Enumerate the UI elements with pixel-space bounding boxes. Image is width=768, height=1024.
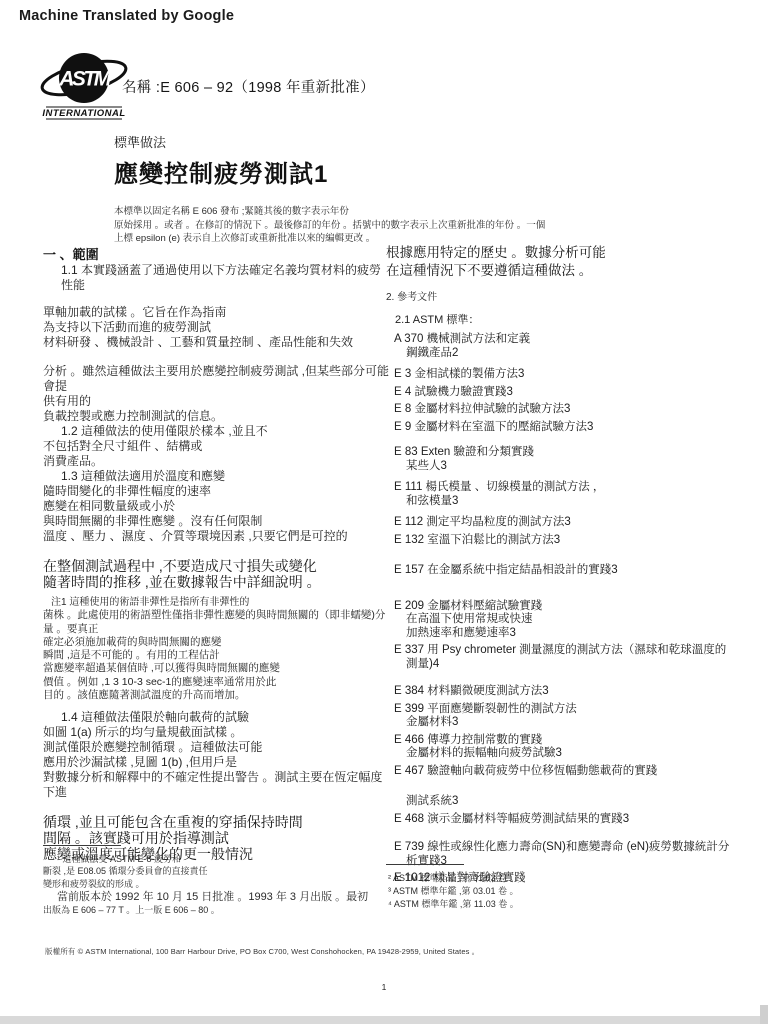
reference-item: E 337 用 Psy chrometer 測量濕度的測試方法（濕球和乾球溫度的… [386,644,738,671]
paragraph-line: 不包括對全尺寸組件 、結構或 [43,439,393,454]
footnote-line: ¹ 這種做法受 ASTM E-8 疲勞和 [43,853,378,865]
reference-item: E 132 室溫下泊鬆比的測試方法3 [386,534,738,548]
reference-item: E 399 平面應變斷裂韌性的測試方法 金屬材料3 [386,703,738,730]
paragraph-line-emphasis: 根據應用特定的歷史 。數據分析可能 [386,244,738,262]
spacer [43,293,393,305]
standard-kind-label: 標準做法 [114,132,674,151]
paragraph-line: 材料研發 、機械設計 、工藝和質量控制 、產品性能和失效 [43,335,393,350]
spacer [386,675,738,685]
reference-line: E 384 材料顯微硬度測試方法3 [394,685,738,699]
reference-line: E 9 金屬材料在室溫下的壓縮試驗方法3 [394,421,738,435]
reference-line: 某些人3 [394,460,738,474]
paragraph-line: 1.1 本實踐涵蓋了通過使用以下方法確定名義均質材料的疲勞性能 [43,263,393,293]
reference-line: E 157 在金屬系統中指定結晶相設計的實踐3 [394,564,738,578]
reference-line: 加熱速率和應變速率3 [394,627,738,641]
reference-line: 在高溫下使用常規或快速 [394,613,738,627]
reference-line: 金屬材料的振幅軸向疲勞試驗3 [394,747,738,761]
spacer [386,280,738,288]
intro-line: 原始採用 。或者 。在修訂的情況下 。最後修訂的年份 。括號中的數字表示上次重新… [114,219,674,233]
paragraph-line-emphasis: 在整個測試過程中 ,不要造成尺寸損失或變化 [43,558,393,574]
note-line: 目的 。該值應隨著測試溫度的升高而增加。 [43,689,393,702]
reference-line: E 4 試驗機力驗證實踐3 [394,386,738,400]
paragraph-line: 供有用的 [43,394,393,409]
paragraph-line: 1.4 這種做法僅限於軸向載荷的試驗 [43,710,393,725]
logo-acronym: ASTM [58,68,112,91]
reference-line: 測量)4 [394,658,738,672]
note-line: 價值 。例如 ,1 3 10-3 sec-1的應變速率通常用於此 [43,676,393,689]
spacer [43,544,393,558]
paragraph-line-emphasis: 隨著時間的推移 ,並在數據報告中詳細說明 。 [43,574,393,590]
footnote-line: 變形和疲勞裂紋的形成 。 [43,878,378,890]
footnote-line: ⁴ ASTM 標準年鑑 ,第 11.03 卷 。 [386,898,721,911]
reference-line: E 467 驗證軸向載荷疲勞中位移恆幅動態載荷的實踐 [394,765,738,779]
reference-line: E 209 金屬材料壓縮試驗實踐 [394,600,738,614]
spacer [386,551,738,564]
reference-item: E 157 在金屬系統中指定結晶相設計的實踐3 [386,564,738,578]
reference-item: E 467 驗證軸向載荷疲勞中位移恆幅動態載荷的實踐 [386,765,738,779]
right-column-references-section: 根據應用特定的歷史 。數據分析可能 在這種情況下不要遵循這種做法 。 2. 參考… [386,244,738,890]
reference-line: E 399 平面應變斷裂韌性的測試方法 [394,703,738,717]
reference-line: E 8 金屬材料拉伸試驗的試驗方法3 [394,403,738,417]
reference-line: E 468 演示金屬材料等幅疲勞測試結果的實踐3 [394,813,738,827]
reference-line: E 739 線性或線性化應力壽命(SN)和應變壽命 (eN)疲勞數據統計分 [394,841,738,855]
paragraph-line: 負載控製或應力控制測試的信息。 [43,409,393,424]
reference-line: 金屬材料3 [394,716,738,730]
section-heading-scope: 一 、範圍 [43,246,393,263]
section-heading-references: 2. 參考文件 [386,288,738,303]
intro-line: 本標準以固定名稱 E 606 發布 ;緊隨其後的數字表示年份 [114,205,674,219]
paragraph-line: 應用於沙漏試樣 ,見圖 1(b) ,但用戶是 [43,755,393,770]
copyright-line: 版權所有 © ASTM International, 100 Barr Harb… [45,946,479,957]
page-right-edge [760,1005,768,1024]
paragraph-line: 如圖 1(a) 所示的均勻量規截面試樣 。 [43,725,393,740]
title-block: 標準做法 應變控制疲勞測試1 本標準以固定名稱 E 606 發布 ;緊隨其後的數… [114,132,674,246]
reference-item: A 370 機械測試方法和定義 鋼鐵產品2 [386,333,738,360]
astm-logo: ASTM INTERNATIONAL [38,50,130,125]
astm-standards-subheading: 2.1 ASTM 標準： [386,311,738,327]
paragraph-line: 測試僅限於應變控制循環 。這種做法可能 [43,740,393,755]
left-column-scope-section: 一 、範圍 1.1 本實踐涵蓋了通過使用以下方法確定名義均質材料的疲勞性能 單軸… [43,246,393,862]
footnote-line: 出版為 E 606 – 77 T 。上一版 E 606 – 80 。 [43,904,378,916]
spacer [386,438,738,446]
note-line: 瞬間 ,這是不可能的 。有用的工程估計 [43,649,393,662]
reference-item: E 3 金相試樣的製備方法3 [386,368,738,382]
standard-intro-note: 本標準以固定名稱 E 606 發布 ;緊隨其後的數字表示年份 原始採用 。或者 … [114,205,674,246]
spacer [386,582,738,600]
paragraph-line: 消費產品。 [43,454,393,469]
reference-item: 測試系統3 [386,795,738,809]
document-page: Machine Translated by Google ASTM INTERN… [0,0,768,1024]
reference-item: E 4 試驗機力驗證實踐3 [386,386,738,400]
paragraph-line: 對數據分析和解釋中的不確定性提出警告 。測試主要在恆定幅度下進 [43,770,393,800]
spacer [43,800,393,814]
reference-item: E 466 傳導力控制常數的實踐 金屬材料的振幅軸向疲勞試驗3 [386,734,738,761]
footnote-separator [43,845,121,846]
reference-line: E 111 楊氏模量 、切線模量的測試方法 ， [394,481,738,495]
reference-item: E 8 金屬材料拉伸試驗的試驗方法3 [386,403,738,417]
paragraph-line: 應變在相同數量級或小於 [43,499,393,514]
reference-line: A 370 機械測試方法和定義 [394,333,738,347]
reference-item: E 9 金屬材料在室溫下的壓縮試驗方法3 [386,421,738,435]
footnote-line: ² ASTM 標準年鑑 ,第 01.03 卷 。 [386,872,721,885]
standard-designation: 名稱 :E 606 – 92（1998 年重新批准） [122,76,375,97]
reference-item: E 112 測定平均晶粒度的測試方法3 [386,516,738,530]
astm-logo-graphic: ASTM INTERNATIONAL [38,50,130,120]
paragraph-line: 溫度 、壓力 、濕度 、介質等環境因素 ,只要它們是可控的 [43,529,393,544]
footnote-separator [386,864,464,865]
reference-line: E 337 用 Psy chrometer 測量濕度的測試方法（濕球和乾球溫度的 [394,644,738,658]
paragraph-line: 與時間無關的非彈性應變 。沒有任何限制 [43,514,393,529]
reference-line: E 132 室溫下泊鬆比的測試方法3 [394,534,738,548]
spacer [386,782,738,795]
paragraph-line: 單軸加載的試樣 。它旨在作為指南 [43,305,393,320]
reference-item: E 384 材料顯微硬度測試方法3 [386,685,738,699]
logo-subtitle: INTERNATIONAL [42,108,125,119]
reference-item: E 209 金屬材料壓縮試驗實踐 在高溫下使用常規或快速 加熱速率和應變速率3 [386,600,738,641]
paragraph-line-emphasis: 間隔 。該實踐可用於指導測試 [43,830,393,846]
reference-line: 測試系統3 [394,795,738,809]
paragraph-line-emphasis: 在這種情況下不要遵循這種做法 。 [386,262,738,280]
footnote-line: ³ ASTM 標準年鑑 ,第 03.01 卷 。 [386,885,721,898]
note-line: 當應變率超過某個值時 ,可以獲得與時間無關的應變 [43,662,393,675]
page-bottom-edge [0,1016,768,1024]
footnote-line: 斷裂 ,是 E08.05 循環分委員會的直接責任 [43,865,378,877]
reference-line: E 112 測定平均晶粒度的測試方法3 [394,516,738,530]
reference-item: E 111 楊氏模量 、切線模量的測試方法 ， 和弦模量3 [386,481,738,508]
paragraph-line: 為支持以下活動而進的疲勞測試 [43,320,393,335]
spacer [386,830,738,841]
spacer [43,350,393,364]
left-footnote-block: ¹ 這種做法受 ASTM E-8 疲勞和 斷裂 ,是 E08.05 循環分委員會… [43,845,378,917]
reference-item: E 83 Exten 驗證和分類實踐 某些人3 [386,446,738,473]
reference-line: E 466 傳導力控制常數的實踐 [394,734,738,748]
note-line: 菌株 。此處使用的術語塑性僅指非彈性應變的與時間無關的（即非蠕變)分 [43,609,393,622]
page-number: 1 [0,982,768,992]
note-line: 注1 這種使用的術語非彈性是指所有非彈性的 [43,596,393,609]
paragraph-line: 1.2 這種做法的使用僅限於樣本 ,並且不 [43,424,393,439]
spacer [386,303,738,311]
reference-line: 鋼鐵產品2 [394,347,738,361]
paragraph-line: 1.3 這種做法適用於溫度和應變 [43,469,393,484]
reference-line: 和弦模量3 [394,495,738,509]
right-footnote-block: ² ASTM 標準年鑑 ,第 01.03 卷 。 ³ ASTM 標準年鑑 ,第 … [386,864,721,912]
note-line: 確定必須施加載荷的與時間無關的應變 [43,636,393,649]
footnote-line: 當前版本於 1992 年 10 月 15 日批准 。1993 年 3 月出版 。… [43,890,378,904]
machine-translated-banner: Machine Translated by Google [19,8,234,24]
page-title: 應變控制疲勞測試1 [114,154,674,189]
reference-line: E 3 金相試樣的製備方法3 [394,368,738,382]
reference-line: E 83 Exten 驗證和分類實踐 [394,446,738,460]
paragraph-line-emphasis: 循環 ,並且可能包含在重複的穿插保持時間 [43,814,393,830]
note-line: 量 。要真正 [43,623,393,636]
reference-item: E 468 演示金屬材料等幅疲勞測試結果的實踐3 [386,813,738,827]
paragraph-line: 隨時間變化的非彈性幅度的速率 [43,484,393,499]
paragraph-line: 分析 。雖然這種做法主要用於應變控制疲勞測試 ,但某些部分可能會提 [43,364,393,394]
